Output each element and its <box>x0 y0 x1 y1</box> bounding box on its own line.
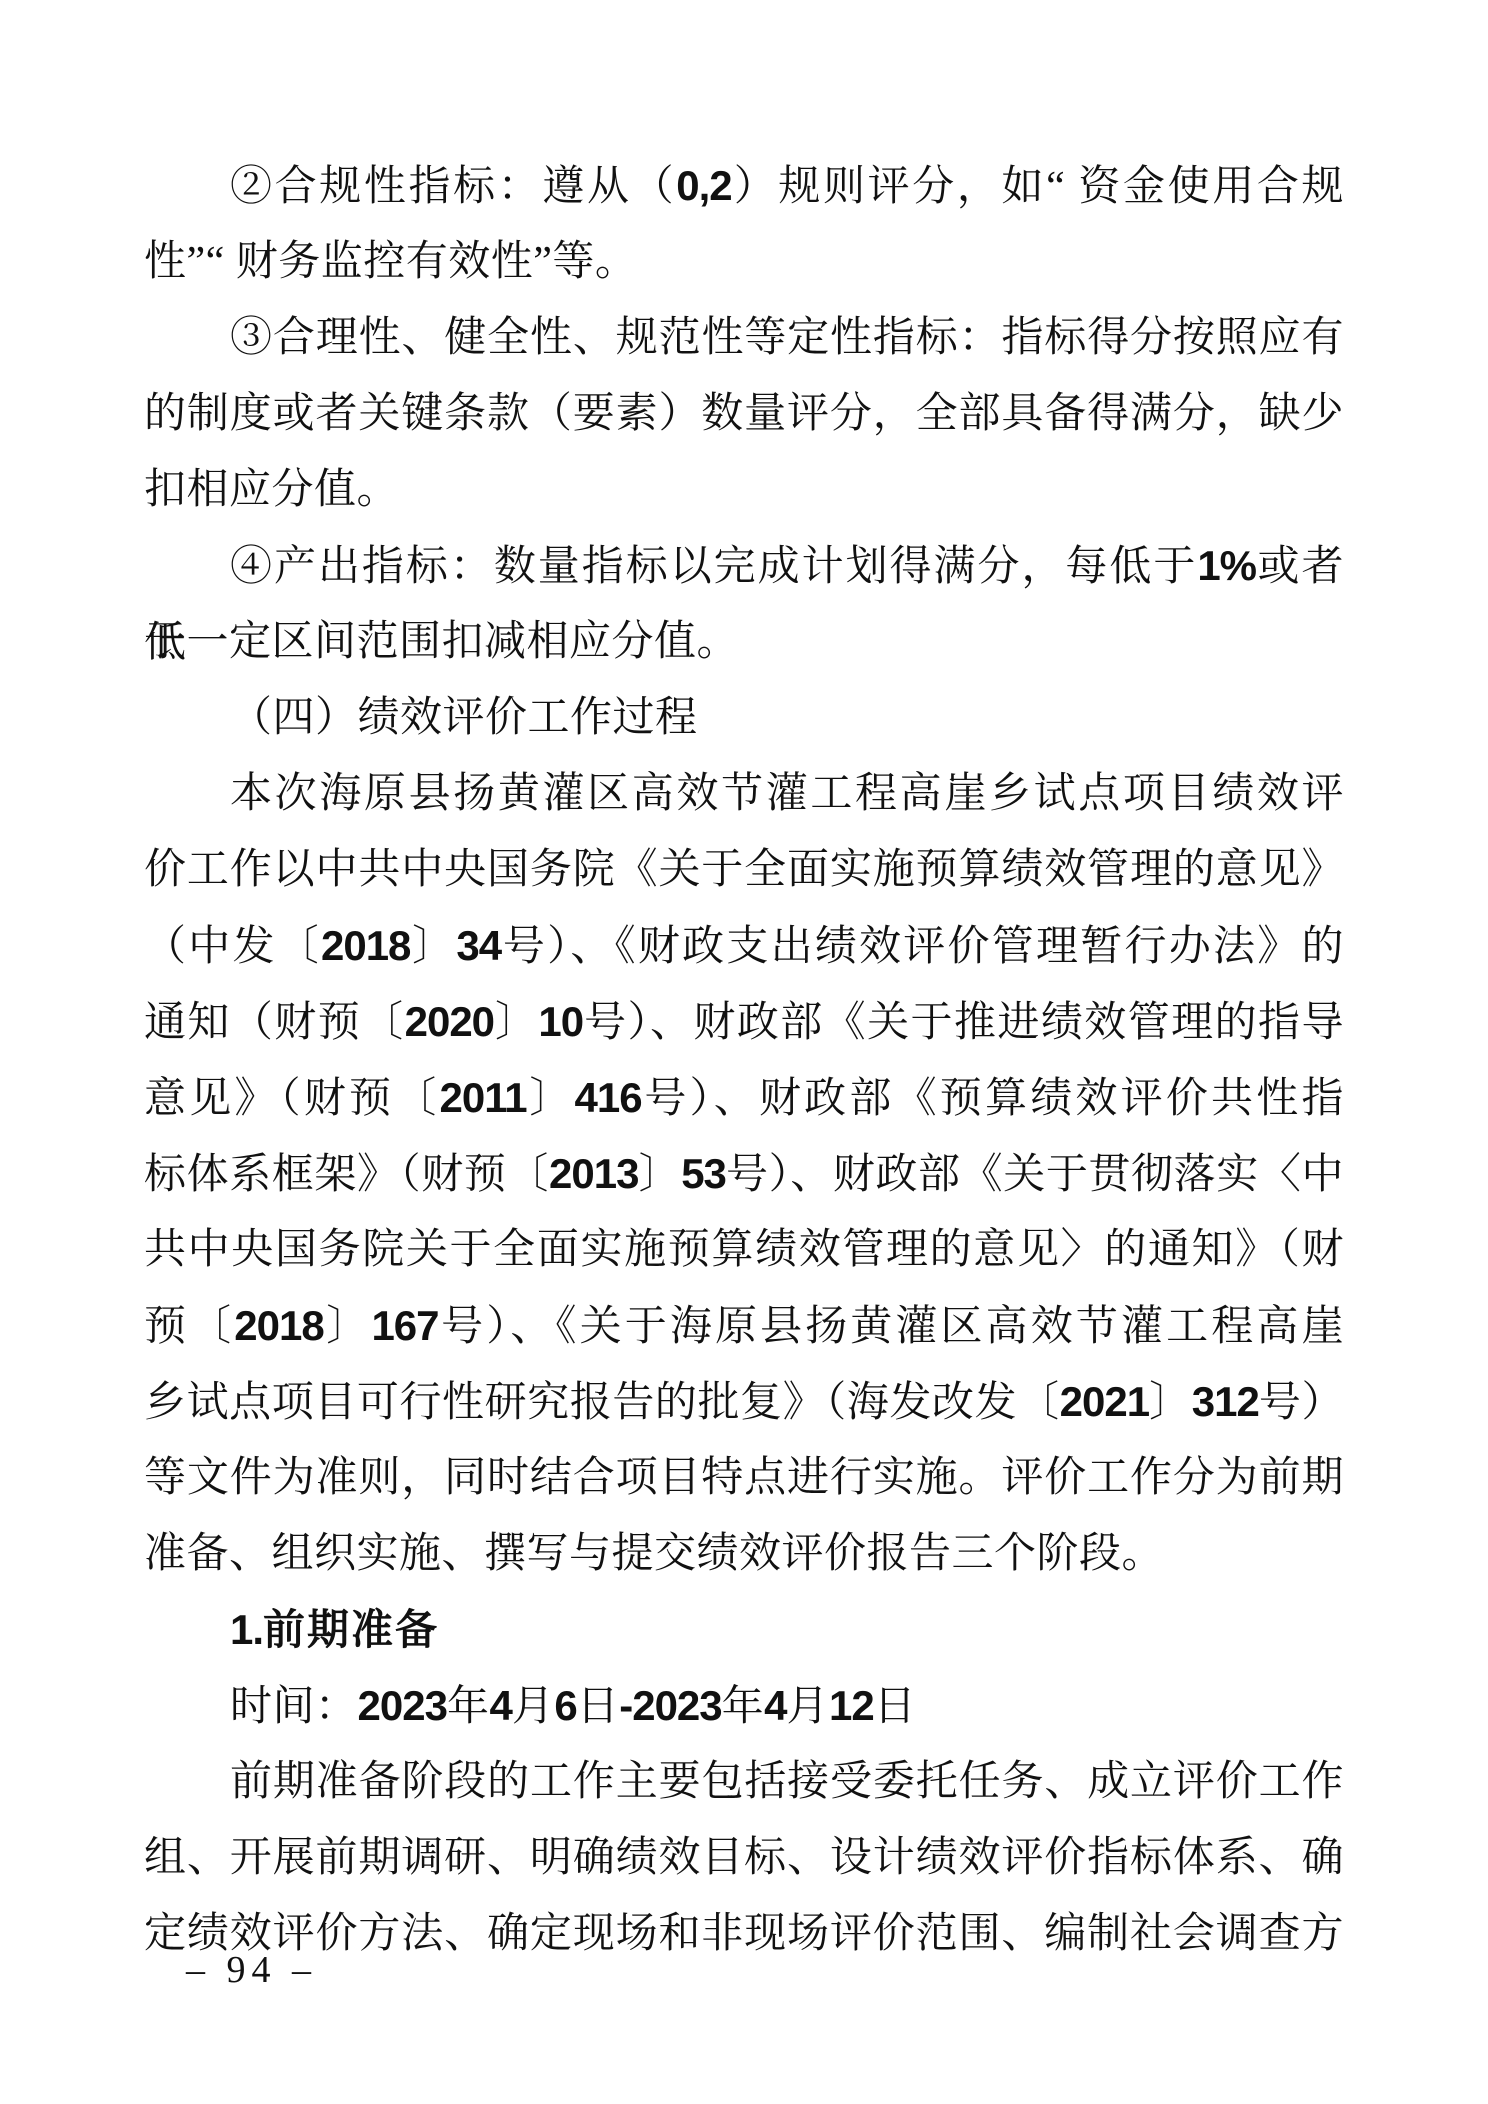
text-line: 本次海原县扬黄灌区高效节灌工程高崖乡试点项目绩效评 <box>144 756 1344 832</box>
text-line: 共中央国务院关于全面实施预算绩效管理的意见〉的通知》（财 <box>144 1212 1344 1288</box>
numeral: 6 <box>554 1682 576 1729</box>
text-line: ④产出指标：数量指标以完成计划得满分，每低于1%或者低 <box>144 528 1344 604</box>
document-page: ②合规性指标：遵从（0,2）规则评分，如“ 资金使用合规性”“ 财务监控有效性”… <box>0 0 1488 2104</box>
numeral: 1. <box>230 1606 263 1653</box>
text-line: 的制度或者关键条款（要素）数量评分，全部具备得满分，缺少 <box>144 376 1344 452</box>
text-line: 标体系框架》（财预〔2013〕53号）、财政部《关于贯彻落实〈中 <box>144 1136 1344 1212</box>
text-line: 意见》（财预〔2011〕416号）、财政部《预算绩效评价共性指 <box>144 1060 1344 1136</box>
numeral: 167 <box>371 1302 438 1349</box>
text-line: 1.前期准备 <box>144 1592 1344 1668</box>
page-number: – 94 – <box>186 1948 317 1992</box>
numeral: 53 <box>681 1150 726 1197</box>
numeral: 34 <box>456 922 501 969</box>
numeral: 312 <box>1192 1378 1259 1425</box>
document-body: ②合规性指标：遵从（0,2）规则评分，如“ 资金使用合规性”“ 财务监控有效性”… <box>144 148 1344 1972</box>
numeral: 2021 <box>1060 1378 1149 1425</box>
text-line: 等文件为准则，同时结合项目特点进行实施。评价工作分为前期 <box>144 1440 1344 1516</box>
numeral: 12 <box>829 1682 874 1729</box>
numeral: 2018 <box>234 1302 323 1349</box>
numeral: 4 <box>764 1682 786 1729</box>
numeral: 4 <box>489 1682 511 1729</box>
text-line: 扣相应分值。 <box>144 452 1344 528</box>
text-line: 通知（财预〔2020〕10号）、财政部《关于推进绩效管理的指导 <box>144 984 1344 1060</box>
text-line: ②合规性指标：遵从（0,2）规则评分，如“ 资金使用合规 <box>144 148 1344 224</box>
numeral: 2011 <box>439 1074 526 1121</box>
text-line: 时间：2023年4月6日-2023年4月12日 <box>144 1668 1344 1744</box>
numeral: 2020 <box>405 998 494 1045</box>
numeral: 416 <box>575 1074 642 1121</box>
numeral: 10 <box>538 998 583 1045</box>
text-line: 乡试点项目可行性研究报告的批复》（海发改发〔2021〕312号） <box>144 1364 1344 1440</box>
text-line: 定绩效评价方法、确定现场和非现场评价范围、编制社会调查方 <box>144 1896 1344 1972</box>
numeral: -2023 <box>619 1682 721 1729</box>
numeral: 1% <box>1197 542 1256 589</box>
text-line: 前期准备阶段的工作主要包括接受委托任务、成立评价工作 <box>144 1744 1344 1820</box>
text-line: 价工作以中共中央国务院《关于全面实施预算绩效管理的意见》 <box>144 832 1344 908</box>
numeral: 2018 <box>321 922 410 969</box>
text-line: 准备、组织实施、撰写与提交绩效评价报告三个阶段。 <box>144 1516 1344 1592</box>
text-line: 预〔2018〕167号）、《关于海原县扬黄灌区高效节灌工程高崖 <box>144 1288 1344 1364</box>
text-line: （四）绩效评价工作过程 <box>144 680 1344 756</box>
numeral: 2023 <box>358 1682 447 1729</box>
numeral: 2013 <box>549 1150 638 1197</box>
text-line: 于一定区间范围扣减相应分值。 <box>144 604 1344 680</box>
text-line: （中发〔2018〕34号）、《财政支出绩效评价管理暂行办法》的 <box>144 908 1344 984</box>
text-line: 性”“ 财务监控有效性”等。 <box>144 224 1344 300</box>
numeral: 0,2 <box>676 162 731 209</box>
text-line: ③合理性、健全性、规范性等定性指标：指标得分按照应有 <box>144 300 1344 376</box>
text-line: 组、开展前期调研、明确绩效目标、设计绩效评价指标体系、确 <box>144 1820 1344 1896</box>
